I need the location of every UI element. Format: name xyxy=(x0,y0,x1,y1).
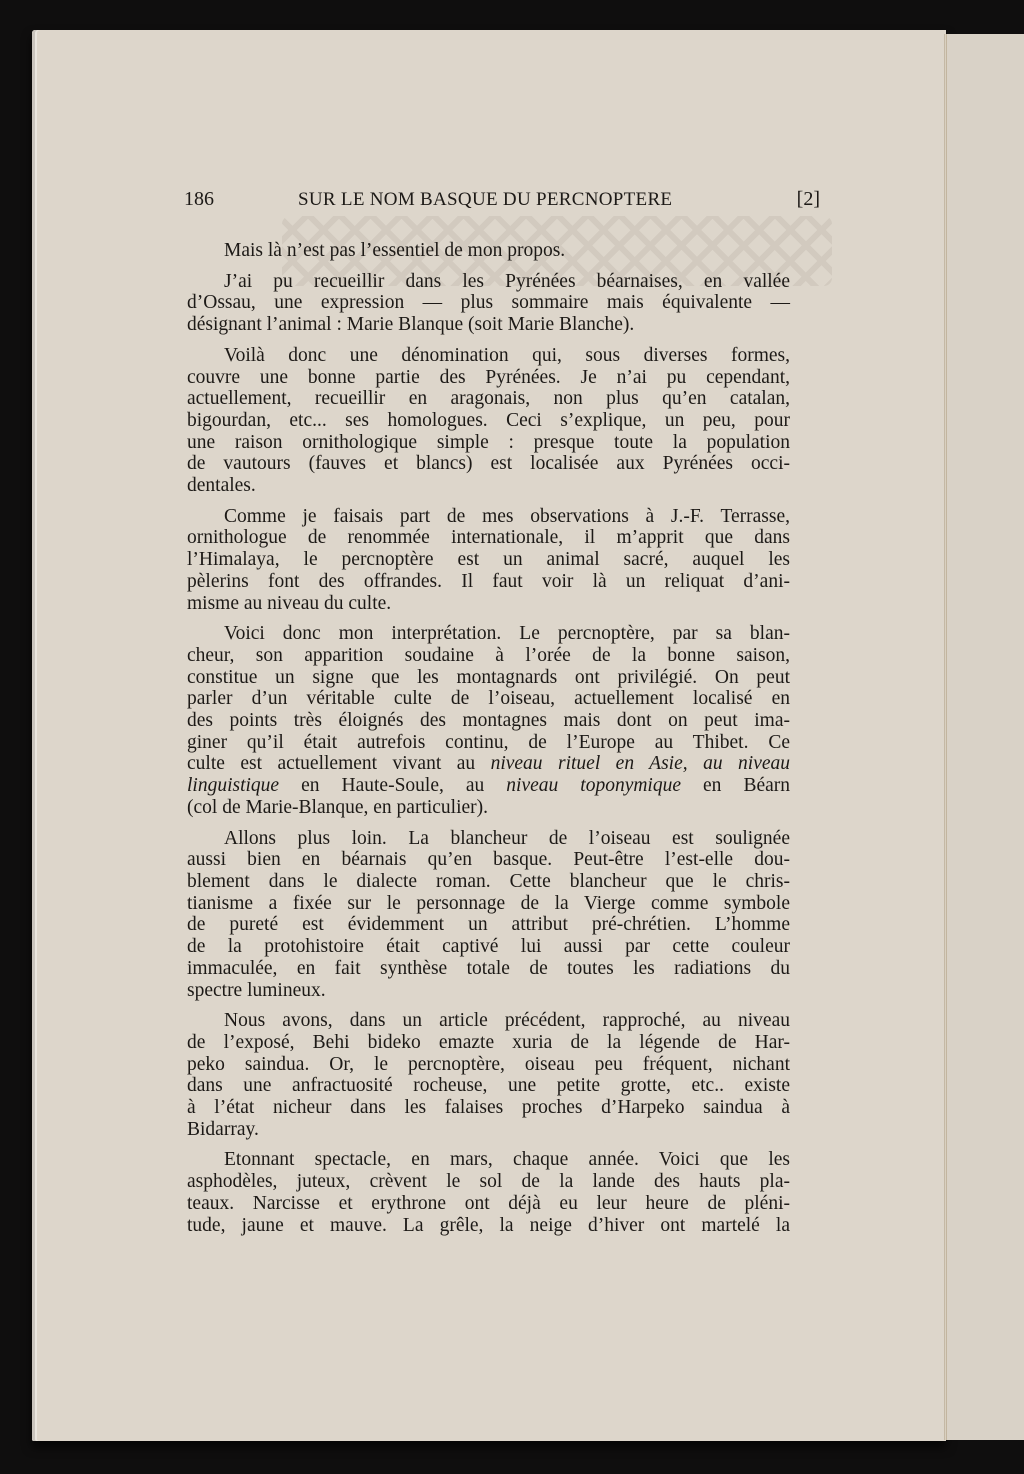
text-run: en Béarn xyxy=(703,775,790,796)
text-line: Allons plus loin. La blancheur de l’oise… xyxy=(187,828,790,850)
text-line: constitue un signe que les montagnards o… xyxy=(187,667,790,689)
italic-run: niveau toponymique xyxy=(506,775,681,796)
paragraph: Mais là n’est pas l’essentiel de mon pro… xyxy=(187,240,790,262)
text-line: J’ai pu recueillir dans les Pyrénées béa… xyxy=(187,271,790,293)
paragraph: Voici donc mon interprétation. Le percno… xyxy=(187,623,790,818)
paragraph: J’ai pu recueillir dans les Pyrénées béa… xyxy=(187,271,790,336)
text-line: pèlerins font des offrandes. Il faut voi… xyxy=(187,571,790,593)
text-line: une raison ornithologique simple : presq… xyxy=(187,432,790,454)
text-line: Bidarray. xyxy=(187,1119,790,1141)
text-line: Voici donc mon interprétation. Le percno… xyxy=(187,623,790,645)
text-line: à l’état nicheur dans les falaises proch… xyxy=(187,1097,790,1119)
facing-page-edge xyxy=(946,34,1024,1440)
text-line: giner qu’il était autrefois continu, de … xyxy=(187,732,790,754)
paragraph: Voilà donc une dénomination qui, sous di… xyxy=(187,345,790,497)
text-line: parler d’un véritable culte de l’oiseau,… xyxy=(187,688,790,710)
text-line: immaculée, en fait synthèse totale de to… xyxy=(187,958,790,980)
text-line: Nous avons, dans un article précédent, r… xyxy=(187,1010,790,1032)
text-line: couvre une bonne partie des Pyrénées. Je… xyxy=(187,367,790,389)
text-line: l’Himalaya, le percnoptère est un animal… xyxy=(187,549,790,571)
italic-run: linguistique xyxy=(187,775,279,796)
running-header: 186 SUR LE NOM BASQUE DU PERCNOPTERE [2] xyxy=(184,188,820,214)
paragraph: Comme je faisais part de mes observation… xyxy=(187,506,790,615)
text-line: Comme je faisais part de mes observation… xyxy=(187,506,790,528)
text-line: Mais là n’est pas l’essentiel de mon pro… xyxy=(187,240,790,262)
text-line: asphodèles, juteux, crèvent le sol de la… xyxy=(187,1171,790,1193)
text-line: aussi bien en béarnais qu’en basque. Peu… xyxy=(187,849,790,871)
text-line: de l’exposé, Behi bideko emazte xuria de… xyxy=(187,1032,790,1054)
text-line: cheur, son apparition soudaine à l’orée … xyxy=(187,645,790,667)
text-line: des points très éloignés des montagnes m… xyxy=(187,710,790,732)
text-line: de vautours (fauves et blancs) est local… xyxy=(187,453,790,475)
text-line: dans une anfractuosité rocheuse, une pet… xyxy=(187,1075,790,1097)
text-line: de la protohistoire était captivé lui au… xyxy=(187,936,790,958)
text-line: dentales. xyxy=(187,475,790,497)
text-line: bigourdan, etc... ses homologues. Ceci s… xyxy=(187,410,790,432)
text-line: ornithologue de renommée internationale,… xyxy=(187,527,790,549)
text-line-mixed: linguistique en Haute-Soule, au niveau t… xyxy=(187,775,790,797)
paragraph: Nous avons, dans un article précédent, r… xyxy=(187,1010,790,1140)
paragraph: Allons plus loin. La blancheur de l’oise… xyxy=(187,828,790,1002)
page-number: 186 xyxy=(184,188,274,211)
text-line-mixed: culte est actuellement vivant au niveau … xyxy=(187,753,790,775)
text-line: blement dans le dialecte roman. Cette bl… xyxy=(187,871,790,893)
text-line: désignant l’animal : Marie Blanque (soit… xyxy=(187,314,790,336)
running-title: SUR LE NOM BASQUE DU PERCNOPTERE xyxy=(274,189,797,211)
text-line: tianisme a fixée sur le personnage de la… xyxy=(187,893,790,915)
text-line: tude, jaune et mauve. La grêle, la neige… xyxy=(187,1215,790,1237)
italic-run: niveau rituel en Asie, au niveau xyxy=(491,753,790,774)
text-line: spectre lumineux. xyxy=(187,980,790,1002)
text-run: en Haute-Soule, au xyxy=(301,775,484,796)
text-line: Etonnant spectacle, en mars, chaque anné… xyxy=(187,1149,790,1171)
text-line: d’Ossau, une expression — plus sommaire … xyxy=(187,292,790,314)
text-line: Voilà donc une dénomination qui, sous di… xyxy=(187,345,790,367)
text-line: misme au niveau du culte. xyxy=(187,593,790,615)
text-line: actuellement, recueillir en aragonais, n… xyxy=(187,388,790,410)
article-body: Mais là n’est pas l’essentiel de mon pro… xyxy=(187,240,790,1245)
paragraph: Etonnant spectacle, en mars, chaque anné… xyxy=(187,1149,790,1236)
text-line: (col de Marie-Blanque, en particulier). xyxy=(187,797,790,819)
text-run: culte est actuellement vivant au xyxy=(187,753,475,774)
text-line: de pureté est évidemment un attribut pré… xyxy=(187,914,790,936)
text-line: peko saindua. Or, le percnoptère, oiseau… xyxy=(187,1054,790,1076)
section-marker: [2] xyxy=(797,188,820,211)
text-line: teaux. Narcisse et erythrone ont déjà eu… xyxy=(187,1193,790,1215)
